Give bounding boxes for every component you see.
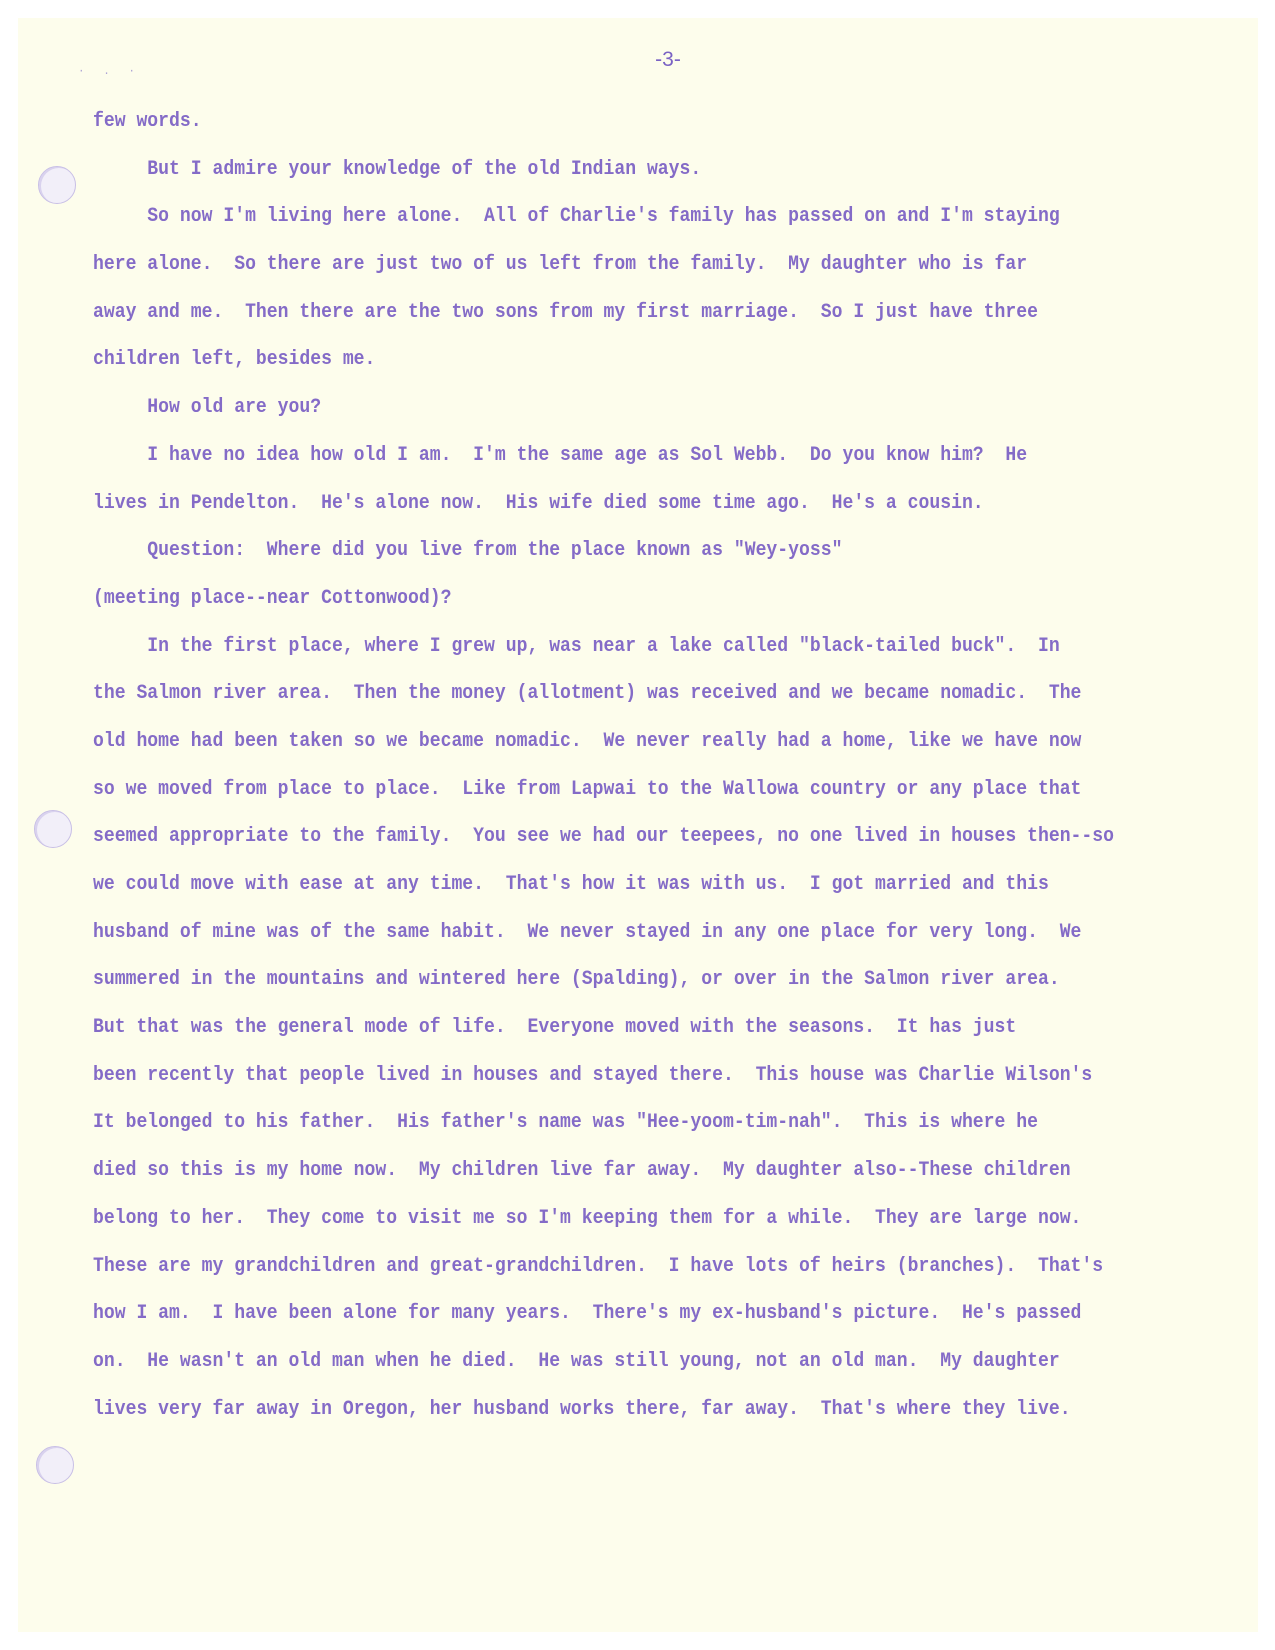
page-number: -3- [638, 48, 698, 72]
text-line: lives very far away in Oregon, her husba… [93, 1386, 1152, 1434]
text-line: husband of mine was of the same habit. W… [93, 909, 1152, 957]
text-line: on. He wasn't an old man when he died. H… [93, 1338, 1152, 1386]
text-line: lives in Pendelton. He's alone now. His … [93, 480, 1152, 528]
punch-hole-middle [34, 810, 72, 848]
text-line: away and me. Then there are the two sons… [93, 289, 1152, 337]
text-line: how I am. I have been alone for many yea… [93, 1290, 1152, 1338]
text-line: the Salmon river area. Then the money (a… [93, 670, 1152, 718]
punch-hole-bottom [36, 1446, 74, 1484]
text-line: It belonged to his father. His father's … [93, 1099, 1152, 1147]
text-line: died so this is my home now. My children… [93, 1147, 1152, 1195]
text-line: But I admire your knowledge of the old I… [93, 146, 1152, 194]
text-line: In the first place, where I grew up, was… [93, 623, 1152, 671]
text-line: How old are you? [93, 384, 1152, 432]
text-line: few words. [93, 98, 1152, 146]
text-line: old home had been taken so we became nom… [93, 718, 1152, 766]
text-line: I have no idea how old I am. I'm the sam… [93, 432, 1152, 480]
text-line: So now I'm living here alone. All of Cha… [93, 193, 1152, 241]
corner-ink-marks: · . · [78, 66, 141, 78]
text-line: been recently that people lived in house… [93, 1052, 1152, 1100]
punch-hole-top [38, 166, 76, 204]
text-line: Question: Where did you live from the pl… [93, 527, 1152, 575]
transcript-body: few words. But I admire your knowledge o… [93, 98, 1152, 1433]
text-line: we could move with ease at any time. Tha… [93, 861, 1152, 909]
text-line: These are my grandchildren and great-gra… [93, 1243, 1152, 1291]
text-line: belong to her. They come to visit me so … [93, 1195, 1152, 1243]
text-line: (meeting place--near Cottonwood)? [93, 575, 1152, 623]
text-line: here alone. So there are just two of us … [93, 241, 1152, 289]
text-line: so we moved from place to place. Like fr… [93, 766, 1152, 814]
text-line: summered in the mountains and wintered h… [93, 956, 1152, 1004]
text-line: children left, besides me. [93, 336, 1152, 384]
text-line: But that was the general mode of life. E… [93, 1004, 1152, 1052]
text-line: seemed appropriate to the family. You se… [93, 813, 1152, 861]
